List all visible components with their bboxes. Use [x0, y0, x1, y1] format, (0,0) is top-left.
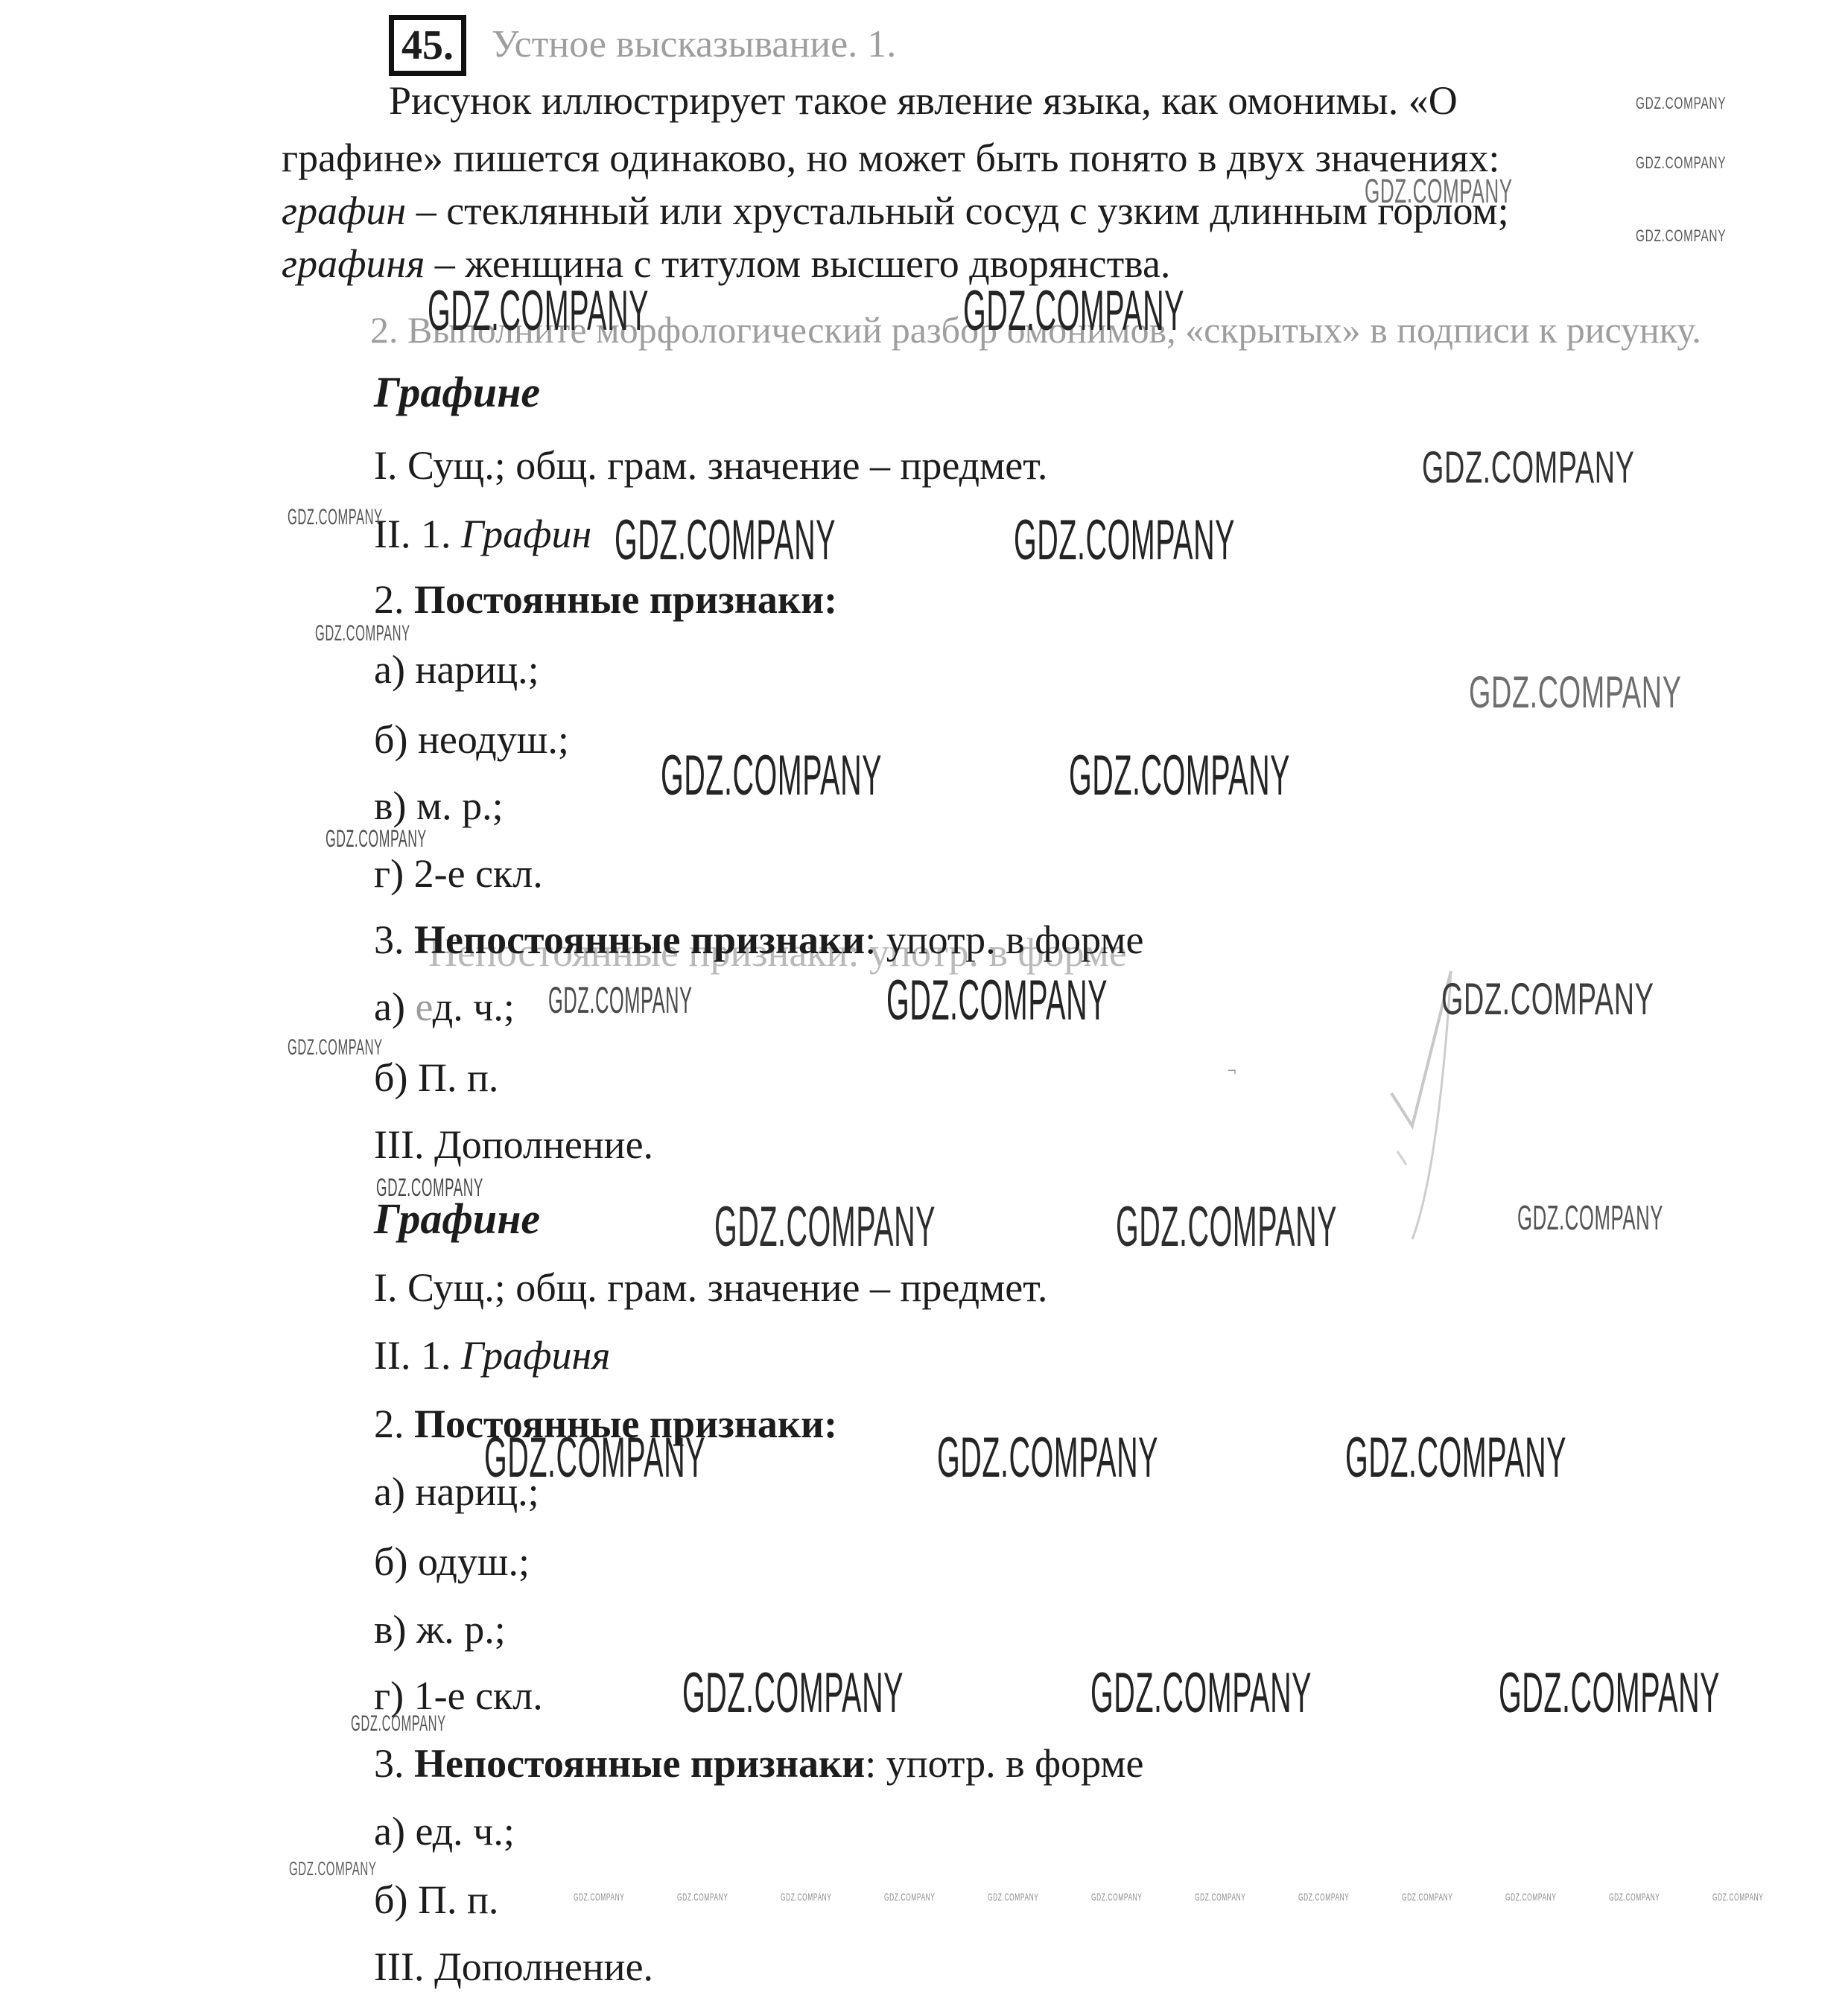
gdz-watermark: GDZ.COMPANY — [677, 1892, 728, 1902]
gdz-watermark: GDZ.COMPANY — [428, 283, 649, 340]
paragraph-line-1: Рисунок иллюстрирует такое явление языка… — [389, 80, 1458, 121]
analysis1-sub-a-pre: а) — [374, 984, 415, 1029]
analysis2-sub-b: б) П. п. — [374, 1880, 498, 1920]
gdz-watermark: GDZ.COMPANY — [963, 283, 1184, 340]
gdz-watermark: GDZ.COMPANY — [884, 1892, 936, 1902]
gdz-watermark: GDZ.COMPANY — [1091, 1892, 1143, 1902]
analysis1-sub-a-grayletter: е — [415, 984, 432, 1029]
gdz-watermark: GDZ.COMPANY — [1365, 174, 1513, 208]
analysis1-item-d: г) 2-е скл. — [374, 853, 543, 894]
gdz-watermark: GDZ.COMPANY — [714, 1199, 936, 1256]
analysis1-nonpermanent-heading: 3. Непостоянные признаки: употр. в форме — [374, 920, 1143, 960]
analysis1-item-c: в) м. р.; — [374, 786, 504, 826]
gdz-watermark: GDZ.COMPANY — [937, 1430, 1158, 1486]
analysis2-nonpermanent-number: 3. — [374, 1741, 414, 1786]
gdz-watermark: GDZ.COMPANY — [288, 506, 383, 529]
task-number: 45. — [401, 25, 454, 66]
paragraph-line-4: графиня – женщина с титулом высшего двор… — [282, 244, 1170, 284]
analysis1-permanent-label: Постоянные признаки: — [414, 577, 837, 622]
gdz-watermark: GDZ.COMPANY — [1636, 228, 1726, 244]
analysis1-permanent-heading: 2. Постоянные признаки: — [374, 579, 837, 620]
analysis2-item-b: б) одуш.; — [374, 1542, 530, 1582]
gdz-watermark: GDZ.COMPANY — [376, 1175, 483, 1200]
analysis2-line-I: I. Сущ.; общ. грам. значение – предмет. — [374, 1267, 1047, 1308]
analysis1-nonpermanent-label: Непостоянные признаки — [414, 917, 865, 962]
gdz-watermark: GDZ.COMPANY — [1469, 670, 1682, 715]
analysis2-line-II-prefix: II. 1. — [374, 1333, 461, 1378]
gdz-watermark: GDZ.COMPANY — [574, 1892, 625, 1902]
definition-grafin: – стеклянный или хрустальный сосуд с узк… — [406, 188, 1508, 233]
analysis1-sub-a-post: д. ч.; — [433, 984, 515, 1029]
gdz-watermark: GDZ.COMPANY — [548, 982, 693, 1019]
analysis2-line-II: II. 1. Графиня — [374, 1335, 610, 1375]
paragraph-line-3: графин – стеклянный или хрустальный сосу… — [282, 191, 1509, 231]
analysis2-nonpermanent-heading: 3. Непостоянные признаки: употр. в форме — [374, 1743, 1143, 1784]
gdz-watermark: GDZ.COMPANY — [1636, 155, 1726, 171]
gdz-watermark: GDZ.COMPANY — [326, 827, 427, 850]
gdz-watermark: GDZ.COMPANY — [1441, 977, 1654, 1022]
gdz-watermark: GDZ.COMPANY — [315, 623, 410, 645]
gdz-watermark: GDZ.COMPANY — [781, 1892, 832, 1902]
document-page: 45. Устное высказывание. 1. Рисунок иллю… — [0, 0, 1848, 2001]
analysis2-heading: Графине — [374, 1197, 540, 1241]
gdz-watermark: GDZ.COMPANY — [351, 1713, 446, 1735]
gdz-watermark: GDZ.COMPANY — [1517, 1200, 1663, 1235]
gdz-watermark: GDZ.COMPANY — [1505, 1892, 1557, 1902]
analysis1-nonpermanent-rest: : употр. в форме — [865, 917, 1143, 962]
gdz-watermark: GDZ.COMPANY — [1609, 1892, 1660, 1902]
task-title: Устное высказывание. 1. — [492, 25, 896, 64]
analysis1-item-b: б) неодуш.; — [374, 719, 569, 760]
analysis2-item-c: в) ж. р.; — [374, 1609, 506, 1650]
gdz-watermark: GDZ.COMPANY — [1499, 1665, 1720, 1722]
gdz-watermark: GDZ.COMPANY — [886, 973, 1108, 1029]
gdz-watermark: GDZ.COMPANY — [288, 1037, 383, 1059]
gdz-watermark: GDZ.COMPANY — [661, 748, 882, 804]
analysis1-sub-a: а) ед. ч.; — [374, 987, 515, 1027]
analysis1-nonpermanent-number: 3. — [374, 917, 414, 962]
analysis2-item-d: г) 1-е скл. — [374, 1676, 543, 1716]
gdz-watermark: GDZ.COMPANY — [1712, 1892, 1764, 1902]
analysis1-line-III: III. Дополнение. — [374, 1124, 653, 1165]
analysis2-sub-a: а) ед. ч.; — [374, 1811, 515, 1851]
analysis1-line-II-term: Графин — [461, 512, 591, 556]
gdz-watermark: GDZ.COMPANY — [1069, 748, 1290, 804]
task-number-box: 45. — [389, 15, 466, 76]
gdz-watermark: GDZ.COMPANY — [1345, 1430, 1566, 1486]
gdz-watermark: GDZ.COMPANY — [1014, 512, 1235, 569]
stray-mark: ¬ — [1228, 1063, 1236, 1078]
gdz-watermark: GDZ.COMPANY — [1402, 1892, 1453, 1902]
analysis1-sub-b: б) П. п. — [374, 1057, 498, 1098]
analysis2-nonpermanent-label: Непостоянные признаки — [414, 1741, 865, 1786]
analysis1-heading: Графине — [374, 371, 540, 414]
analysis2-nonpermanent-rest: : употр. в форме — [865, 1741, 1143, 1786]
analysis2-line-II-term: Графиня — [461, 1333, 610, 1378]
gdz-watermark: GDZ.COMPANY — [1116, 1199, 1337, 1256]
gdz-watermark: GDZ.COMPANY — [615, 512, 836, 569]
analysis1-permanent-number: 2. — [374, 577, 414, 622]
analysis1-line-II: II. 1. Графин — [374, 514, 591, 554]
term-grafinya: графиня — [282, 241, 425, 286]
analysis1-line-I: I. Сущ.; общ. грам. значение – предмет. — [374, 445, 1047, 486]
gdz-watermark: GDZ.COMPANY — [1422, 445, 1635, 490]
term-grafin: графин — [282, 188, 406, 233]
paragraph-line-2: графине» пишется одинаково, но может быт… — [282, 138, 1499, 178]
gdz-watermark: GDZ.COMPANY — [1636, 95, 1726, 112]
gdz-watermark: GDZ.COMPANY — [484, 1430, 705, 1486]
gdz-watermark: GDZ.COMPANY — [1298, 1892, 1350, 1902]
analysis2-line-III: III. Дополнение. — [374, 1947, 653, 1987]
gdz-watermark: GDZ.COMPANY — [1195, 1892, 1246, 1902]
analysis2-permanent-number: 2. — [374, 1402, 414, 1446]
gdz-watermark: GDZ.COMPANY — [289, 1859, 377, 1878]
analysis1-item-a: а) нариц.; — [374, 649, 539, 690]
gdz-watermark: GDZ.COMPANY — [682, 1665, 904, 1722]
gdz-watermark: GDZ.COMPANY — [1090, 1665, 1312, 1722]
analysis1-line-II-prefix: II. 1. — [374, 512, 461, 556]
gdz-watermark: GDZ.COMPANY — [988, 1892, 1039, 1902]
